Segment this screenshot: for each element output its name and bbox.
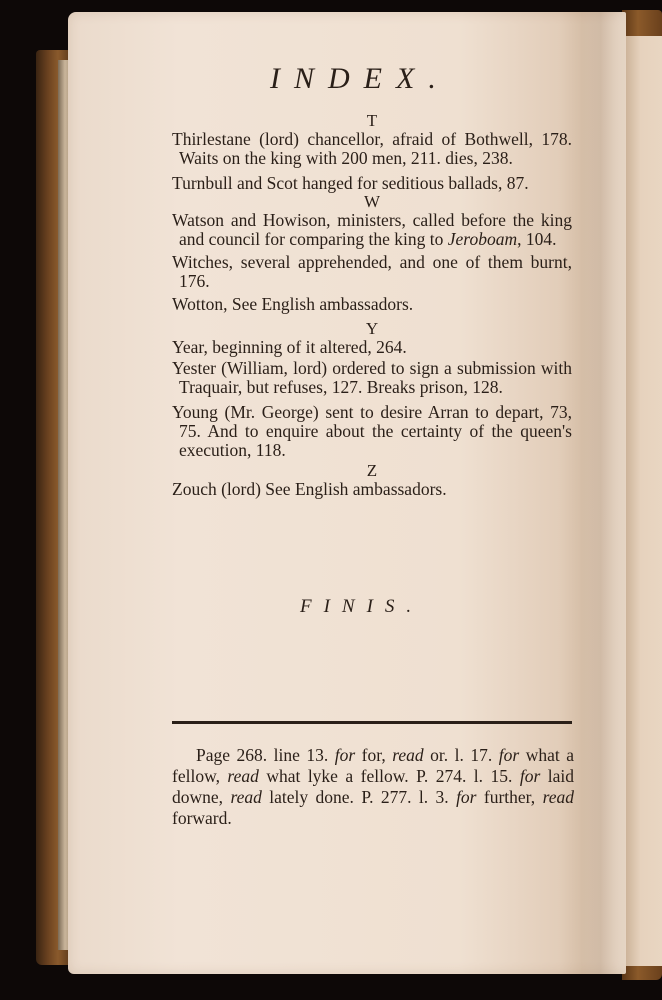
errata-italic: read <box>230 787 261 807</box>
facing-page <box>626 36 662 966</box>
index-entry: Turnbull and Scot hanged for seditious b… <box>172 174 572 193</box>
errata-italic: for <box>335 745 355 765</box>
index-entry: Young (Mr. George) sent to desire Arran … <box>172 403 572 460</box>
divider-rule <box>172 721 572 724</box>
index-body: T Thirlestane (lord) chancellor, afraid … <box>172 112 572 499</box>
errata-text: forward. <box>172 808 232 828</box>
errata-italic: for <box>456 787 476 807</box>
index-entry: Wotton, See English ambassadors. <box>172 295 572 314</box>
section-letter-t: T <box>172 112 572 130</box>
errata-note: Page 268. line 13. for for, read or. l. … <box>172 745 574 829</box>
index-entry: Watson and Howison, ministers, called be… <box>172 211 572 249</box>
errata-italic: for <box>499 745 519 765</box>
index-entry: Thirlestane (lord) chancellor, afraid of… <box>172 130 572 168</box>
errata-italic: for <box>520 766 540 786</box>
errata-text: what lyke a fellow. P. 274. l. 15. <box>259 766 520 786</box>
errata-text: further, <box>477 787 543 807</box>
finis-label: FINIS. <box>300 596 423 618</box>
errata-italic: read <box>392 745 423 765</box>
errata-text: Page 268. line 13. <box>196 745 335 765</box>
section-letter-z: Z <box>172 462 572 480</box>
section-letter-w: W <box>172 193 572 211</box>
errata-italic: read <box>543 787 574 807</box>
errata-text: or. l. 17. <box>424 745 499 765</box>
errata-text: lately done. P. 277. l. 3. <box>262 787 456 807</box>
page-title: INDEX. <box>270 62 500 96</box>
section-letter-y: Y <box>172 320 572 338</box>
index-entry: Year, beginning of it altered, 264. <box>172 338 572 357</box>
index-entry: Zouch (lord) See English ambassadors. <box>172 480 572 499</box>
index-entry: Witches, several apprehended, and one of… <box>172 253 572 291</box>
errata-italic: read <box>227 766 258 786</box>
errata-text: for, <box>355 745 392 765</box>
index-entry: Yester (William, lord) ordered to sign a… <box>172 359 572 397</box>
